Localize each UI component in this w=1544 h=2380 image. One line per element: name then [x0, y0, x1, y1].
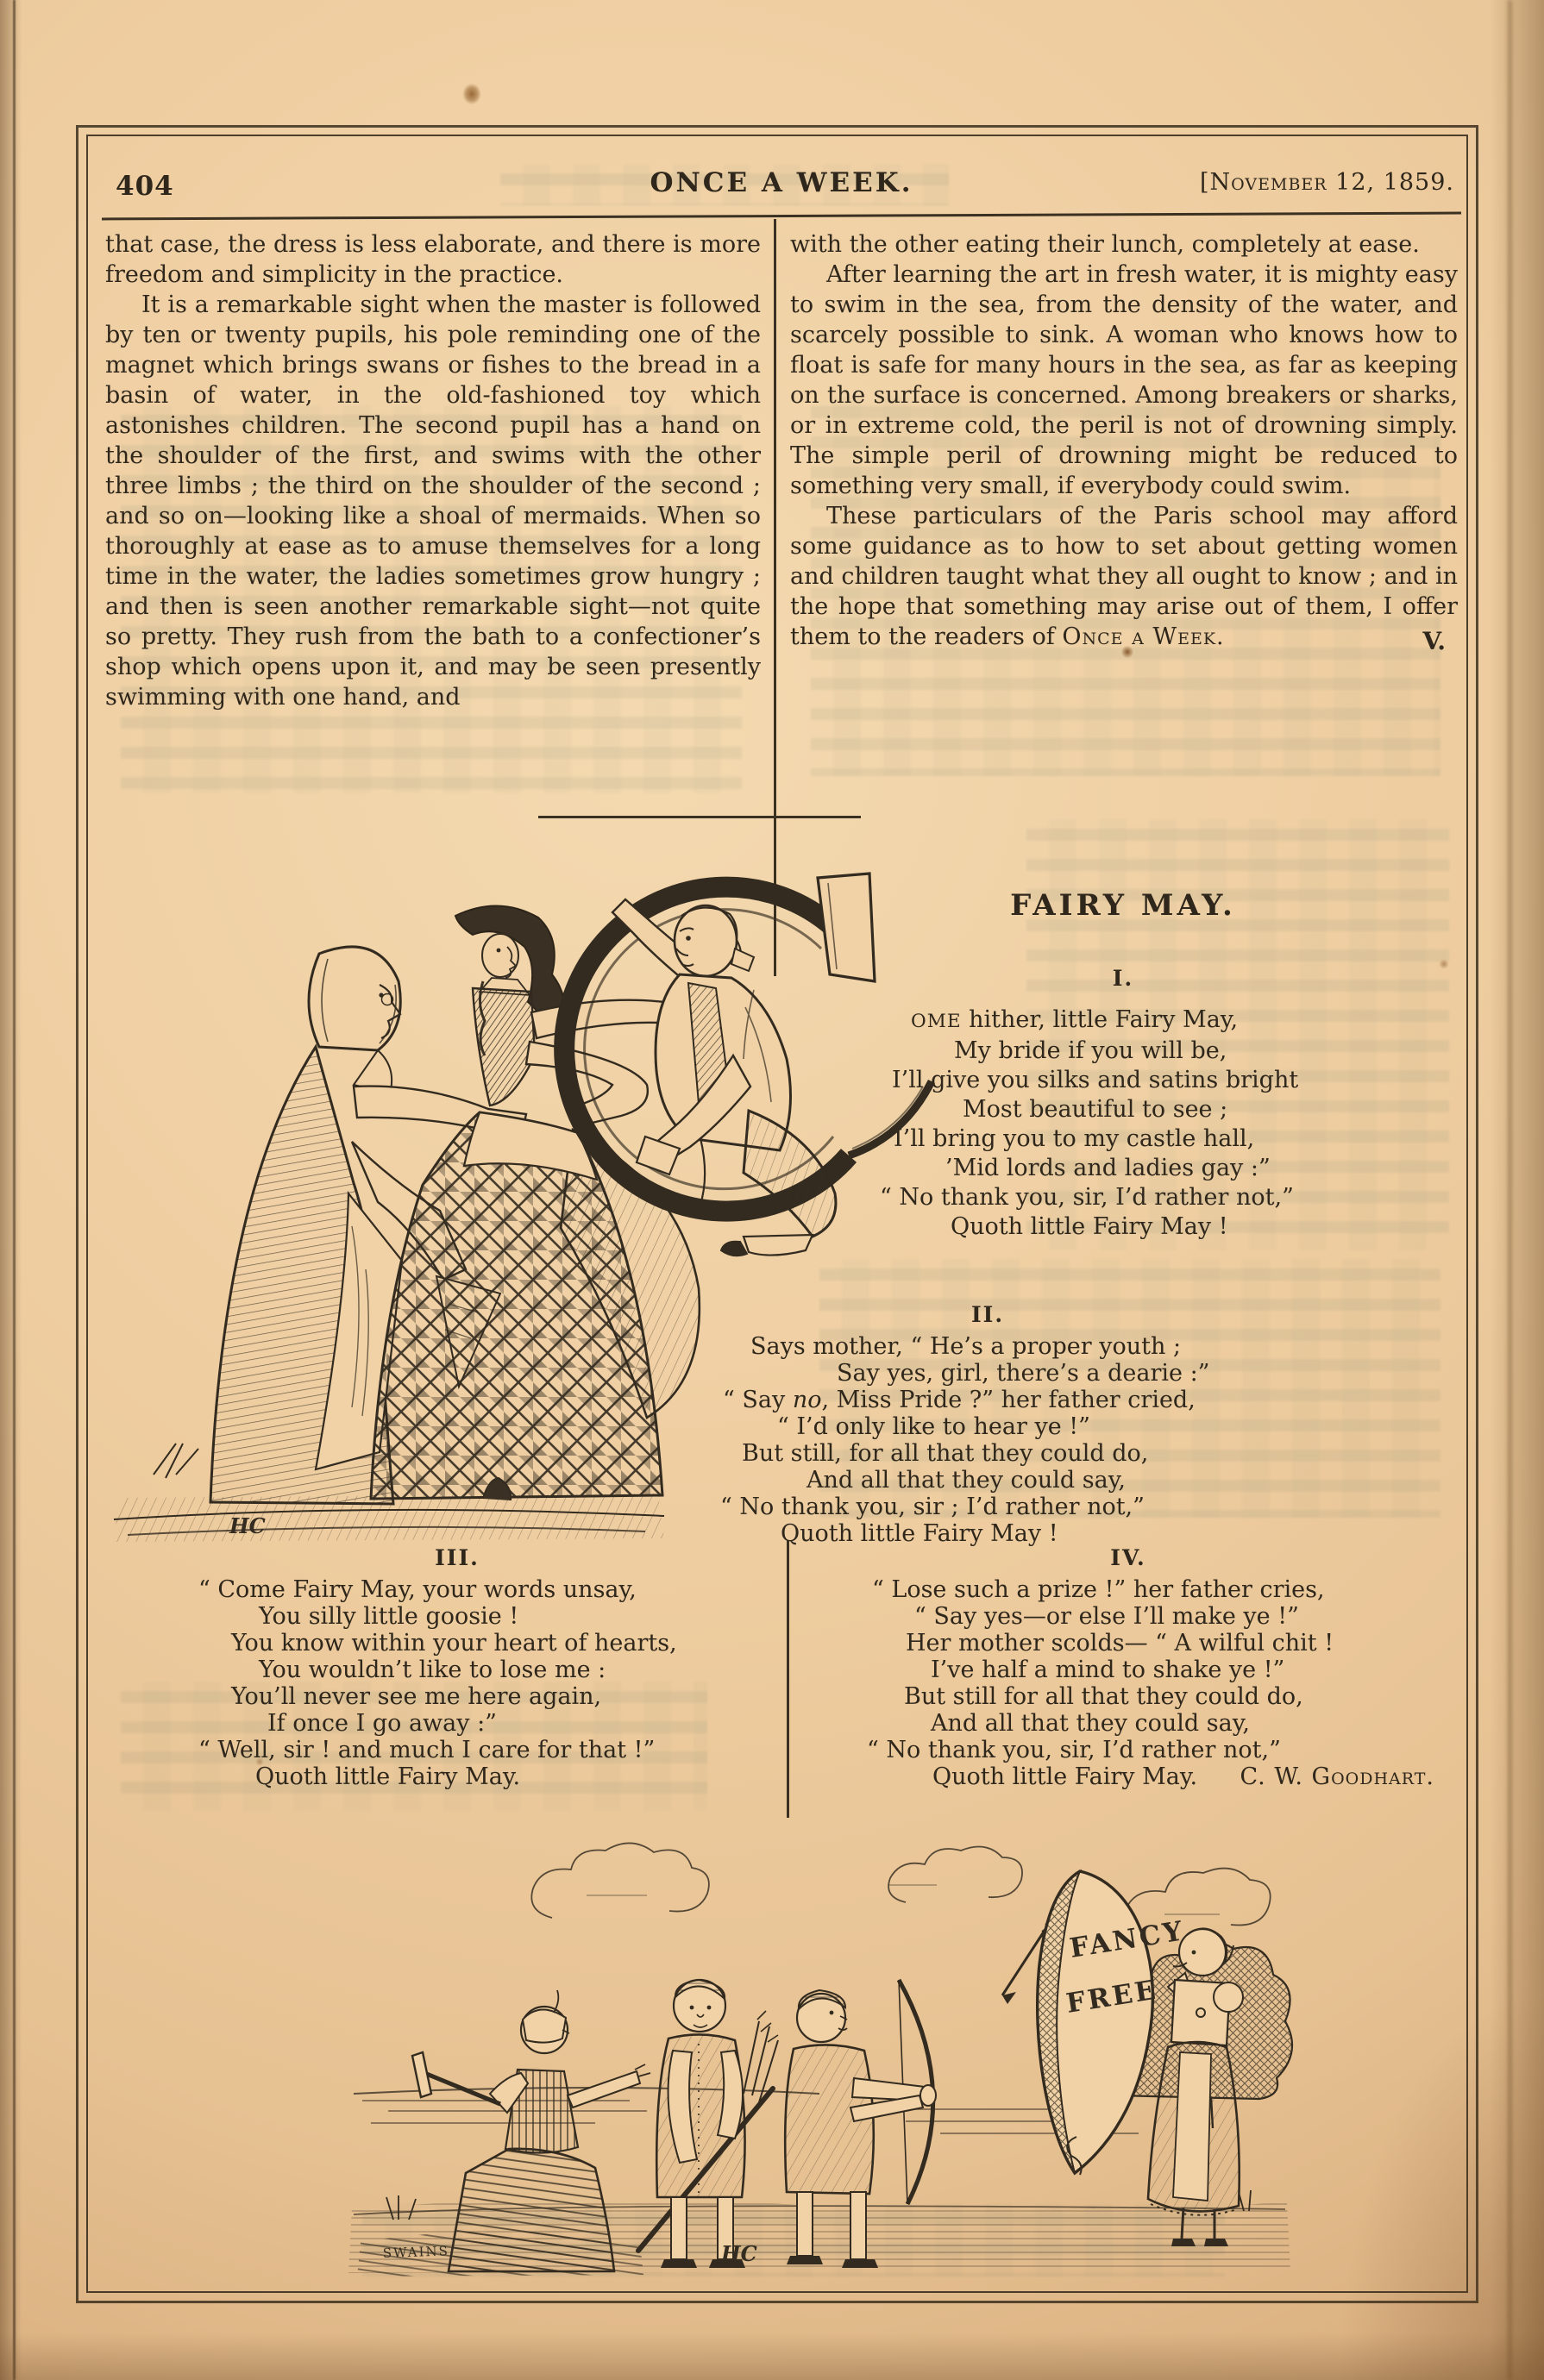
poem-line: “ No thank you, sir, I’d rather not,” [867, 1737, 1436, 1763]
engraver-signature: SWAINS [383, 2243, 450, 2261]
poem-line: But still for all that they could do, [867, 1683, 1436, 1710]
paper-stain [459, 79, 485, 109]
poem-emphasis: no [793, 1387, 822, 1413]
paragraph: After learning the art in fresh water, i… [790, 260, 1458, 501]
stanza-number-3: III. [198, 1545, 716, 1570]
poem-line: Say yes, girl, there’s a dearie :” [720, 1360, 1264, 1387]
poem-line-text: Quoth little Fairy May. [867, 1763, 1197, 1790]
journal-brand-smallcaps: Once a Week. [1062, 623, 1224, 650]
poem-line: And all that they could say, [720, 1467, 1264, 1494]
page-header: 404 ONCE A WEEK. [November 12, 1859. [104, 166, 1459, 210]
poem-line: “ Say yes—or else I’ll make ye !” [867, 1603, 1436, 1630]
poem-line: Quoth little Fairy May ! [720, 1520, 1264, 1547]
stanza-number-2: II. [720, 1302, 1255, 1327]
poem-author: C. W. Goodhart. [1240, 1763, 1436, 1790]
page-curl-shadow [1268, 1863, 1544, 2380]
paragraph: It is a remarkable sight when the master… [105, 290, 761, 712]
poem-line: Quoth little Fairy May. [198, 1763, 716, 1790]
poem-line: If once I go away :” [198, 1710, 716, 1737]
fancy-free-scene: FANCY FREE SWAINS HC [336, 1835, 1302, 2279]
poem-line: You know within your heart of hearts, [198, 1630, 716, 1657]
poem-line: “ No thank you, sir ; I’d rather not,” [720, 1494, 1264, 1520]
scanned-page: 404 ONCE A WEEK. [November 12, 1859. tha… [0, 0, 1544, 2380]
article-left-column: that case, the dress is less elaborate, … [105, 229, 761, 712]
poem-line-text: , Miss Pride ?” her father cried, [821, 1387, 1195, 1413]
stanza-number-4: IV. [867, 1545, 1390, 1570]
stanza-2: Says mother, “ He’s a proper youth ; Say… [720, 1333, 1264, 1547]
poem-line: You silly little goosie ! [198, 1603, 716, 1630]
poem-line: Her mother scolds— “ A wilful chit ! [867, 1630, 1436, 1657]
article-end-rule [538, 816, 861, 818]
artist-monogram: HC [720, 2241, 757, 2266]
stanza-3: “ Come Fairy May, your words unsay, You … [198, 1576, 716, 1790]
paragraph: with the other eating their lunch, compl… [790, 229, 1458, 260]
poem-line: And all that they could say, [867, 1710, 1436, 1737]
column-divider [787, 1540, 789, 1818]
poem-line: “ Come Fairy May, your words unsay, [198, 1576, 716, 1603]
paragraph: that case, the dress is less elaborate, … [105, 229, 761, 290]
poem-line: “ Say no, Miss Pride ?” her father cried… [720, 1387, 1264, 1413]
artist-monogram: HC [229, 1513, 266, 1538]
poem-line: I’ve half a mind to shake ye !” [867, 1657, 1436, 1683]
poem-line: But still, for all that they could do, [720, 1440, 1264, 1467]
poem-line: “ I’d only like to hear ye !” [720, 1413, 1264, 1440]
poem-line: Says mother, “ He’s a proper youth ; [720, 1333, 1264, 1360]
poem-line-text: “ Say [723, 1387, 793, 1413]
poem-line: Quoth little Fairy May. C. W. Goodhart. [867, 1763, 1436, 1790]
scan-edge-line [13, 0, 16, 2380]
poem-line: “ Lose such a prize !” her father cries, [867, 1576, 1436, 1603]
poem-line: “ Well, sir ! and much I care for that !… [198, 1737, 716, 1763]
article-right-column: with the other eating their lunch, compl… [790, 229, 1458, 656]
poem-line: You’ll never see me here again, [198, 1683, 716, 1710]
stanza-4: “ Lose such a prize !” her father cries,… [867, 1576, 1436, 1790]
issue-date: [November 12, 1859. [1200, 169, 1454, 196]
poem-line: You wouldn’t like to lose me : [198, 1657, 716, 1683]
dropcap-illustration [528, 852, 1024, 1262]
